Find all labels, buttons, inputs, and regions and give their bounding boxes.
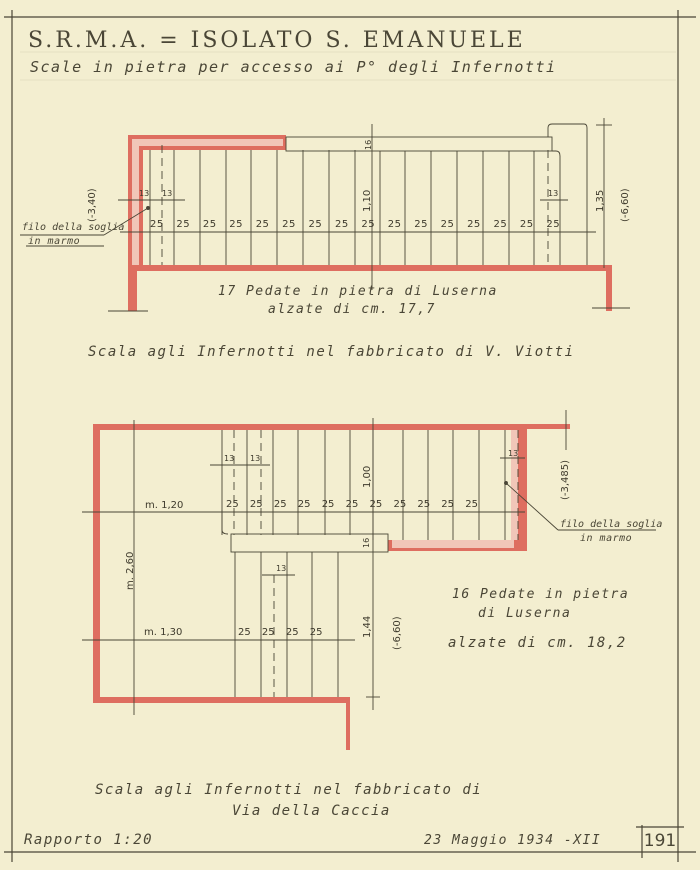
plan2-upper-tread-dims: 25 25 25 25 25 25 25 25 25 25 25: [226, 499, 478, 510]
scale-label: Rapporto 1:20: [24, 832, 153, 848]
plan2-caption-line2: Via della Caccia: [232, 803, 391, 819]
drawing-subtitle: Scale in pietra per accesso ai P° degli …: [30, 58, 557, 76]
plan2-offset-right: 13: [508, 449, 518, 458]
plan2-total-depth: m. 2,60: [125, 552, 136, 590]
plan2-offset-2: 13: [250, 454, 260, 463]
plan1-offset-right: 13: [548, 189, 558, 198]
plan2-note-risers: alzate di cm. 18,2: [448, 635, 627, 651]
plan1-tread-dims: 25 25 25 25 25 25 25 25 25 25 25 25 25 2…: [150, 219, 560, 230]
plan1-note-risers: alzate di cm. 17,7: [268, 302, 436, 317]
plan2-level-top: (-3,485): [560, 460, 571, 500]
plan2-landing-upper: m. 1,20: [145, 500, 183, 511]
plan1-offset-left: 13: [139, 189, 149, 198]
plan2-lower-width: 1,44: [362, 616, 373, 638]
plan2-lower-tread-dims: 25 25 25 25: [238, 627, 323, 638]
technical-drawing: [0, 0, 700, 870]
plan2-upper-width: 1,00: [362, 466, 373, 488]
plan1-level-top: (-3,40): [87, 188, 98, 222]
plan1-caption: Scala agli Infernotti nel fabbricato di …: [88, 344, 575, 360]
plan2-level-bottom: (-6,60): [392, 616, 403, 650]
plan1-note-treads: 17 Pedate in pietra di Luserna: [218, 284, 498, 299]
plan1-handrail-dim: 16: [364, 140, 373, 150]
plan2-threshold-note-2: in marmo: [580, 533, 632, 544]
plan1-width-dim: 1,10: [362, 190, 373, 212]
date-label: 23 Maggio 1934 -XII: [424, 833, 601, 848]
plan2-offset-lower: 13: [276, 564, 286, 573]
plan2-threshold-note-1: filo della soglia: [560, 519, 662, 530]
plan2-note-stone: di Luserna: [478, 606, 571, 621]
plan2-handrail-dim: 16: [362, 538, 371, 548]
plan1-offset-top: 13: [162, 189, 172, 198]
plan1-depth-dim: 1,35: [595, 190, 606, 212]
plan2-caption-line1: Scala agli Infernotti nel fabbricato di: [95, 782, 482, 798]
plan2-landing-lower: m. 1,30: [144, 627, 182, 638]
drawing-sheet: S.R.M.A. = ISOLATO S. EMANUELE Scale in …: [0, 0, 700, 870]
plan1-level-bottom: (-6,60): [620, 188, 631, 222]
plan1-threshold-note-1: filo della soglia: [22, 222, 124, 233]
drawing-title: S.R.M.A. = ISOLATO S. EMANUELE: [28, 28, 526, 53]
plan2-note-treads: 16 Pedate in pietra: [452, 587, 629, 602]
plan1-threshold-note-2: in marmo: [28, 236, 80, 247]
sheet-number: 191: [642, 828, 678, 854]
plan2-offset-1: 13: [224, 454, 234, 463]
